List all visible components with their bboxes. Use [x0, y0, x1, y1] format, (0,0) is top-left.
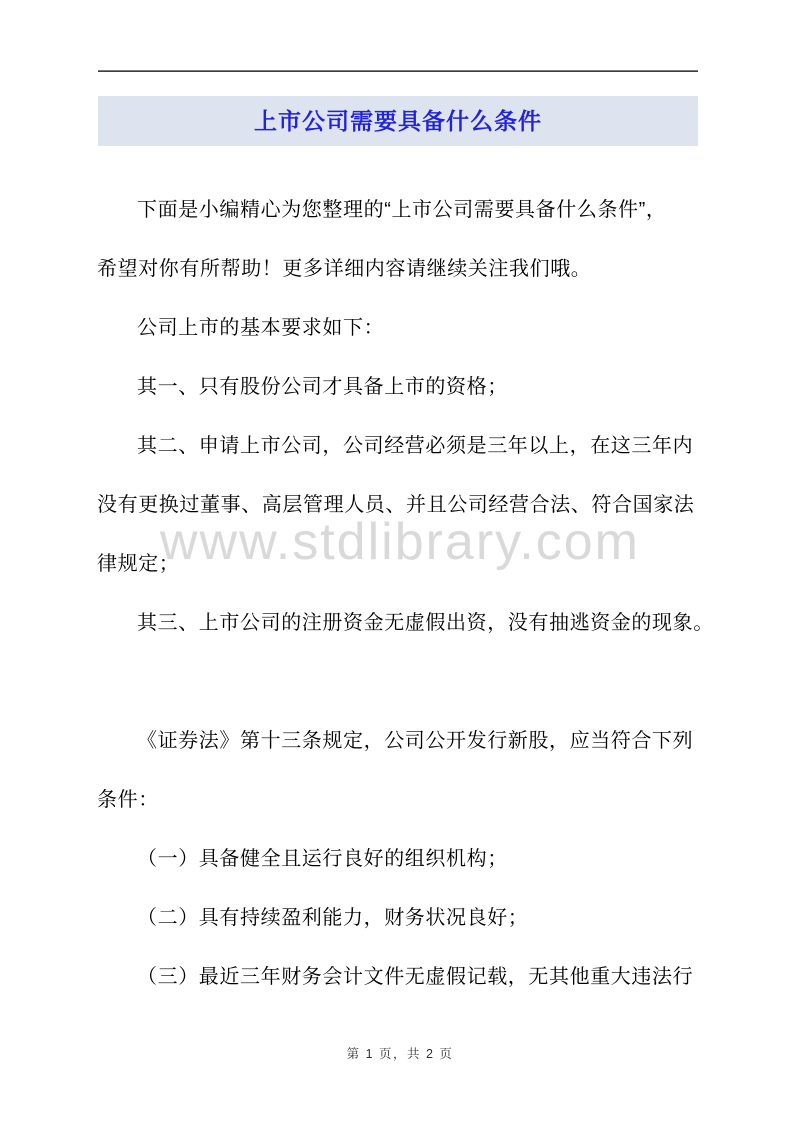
- page-number-footer: 第 1 页，共 2 页: [0, 1044, 800, 1062]
- paragraph: 其三、上市公司的注册资金无虚假出资，没有抽逃资金的现象。: [97, 594, 719, 653]
- title-bar: 上市公司需要具备什么条件: [98, 96, 698, 146]
- paragraph: 公司上市的基本要求如下：: [97, 299, 719, 358]
- paragraph: [97, 653, 719, 712]
- paragraph: 其一、只有股份公司才具备上市的资格；: [97, 358, 719, 417]
- paragraph: 下面是小编精心为您整理的“上市公司需要具备什么条件”， 希望对你有所帮助！更多详…: [97, 181, 719, 299]
- paragraph: （三）最近三年财务会计文件无虚假记载，无其他重大违法行: [97, 948, 719, 1007]
- header-rule: [98, 70, 698, 72]
- document-body: 下面是小编精心为您整理的“上市公司需要具备什么条件”， 希望对你有所帮助！更多详…: [97, 181, 719, 1007]
- paragraph: （一）具备健全且运行良好的组织机构；: [97, 830, 719, 889]
- document-title: 上市公司需要具备什么条件: [254, 96, 542, 146]
- paragraph: （二）具有持续盈利能力，财务状况良好；: [97, 889, 719, 948]
- document-page: 上市公司需要具备什么条件 www.stdlibrary.com 下面是小编精心为…: [0, 0, 800, 1132]
- paragraph: 其二、申请上市公司，公司经营必须是三年以上，在这三年内 没有更换过董事、高层管理…: [97, 417, 719, 594]
- paragraph: 《证券法》第十三条规定，公司公开发行新股，应当符合下列 条件：: [97, 712, 719, 830]
